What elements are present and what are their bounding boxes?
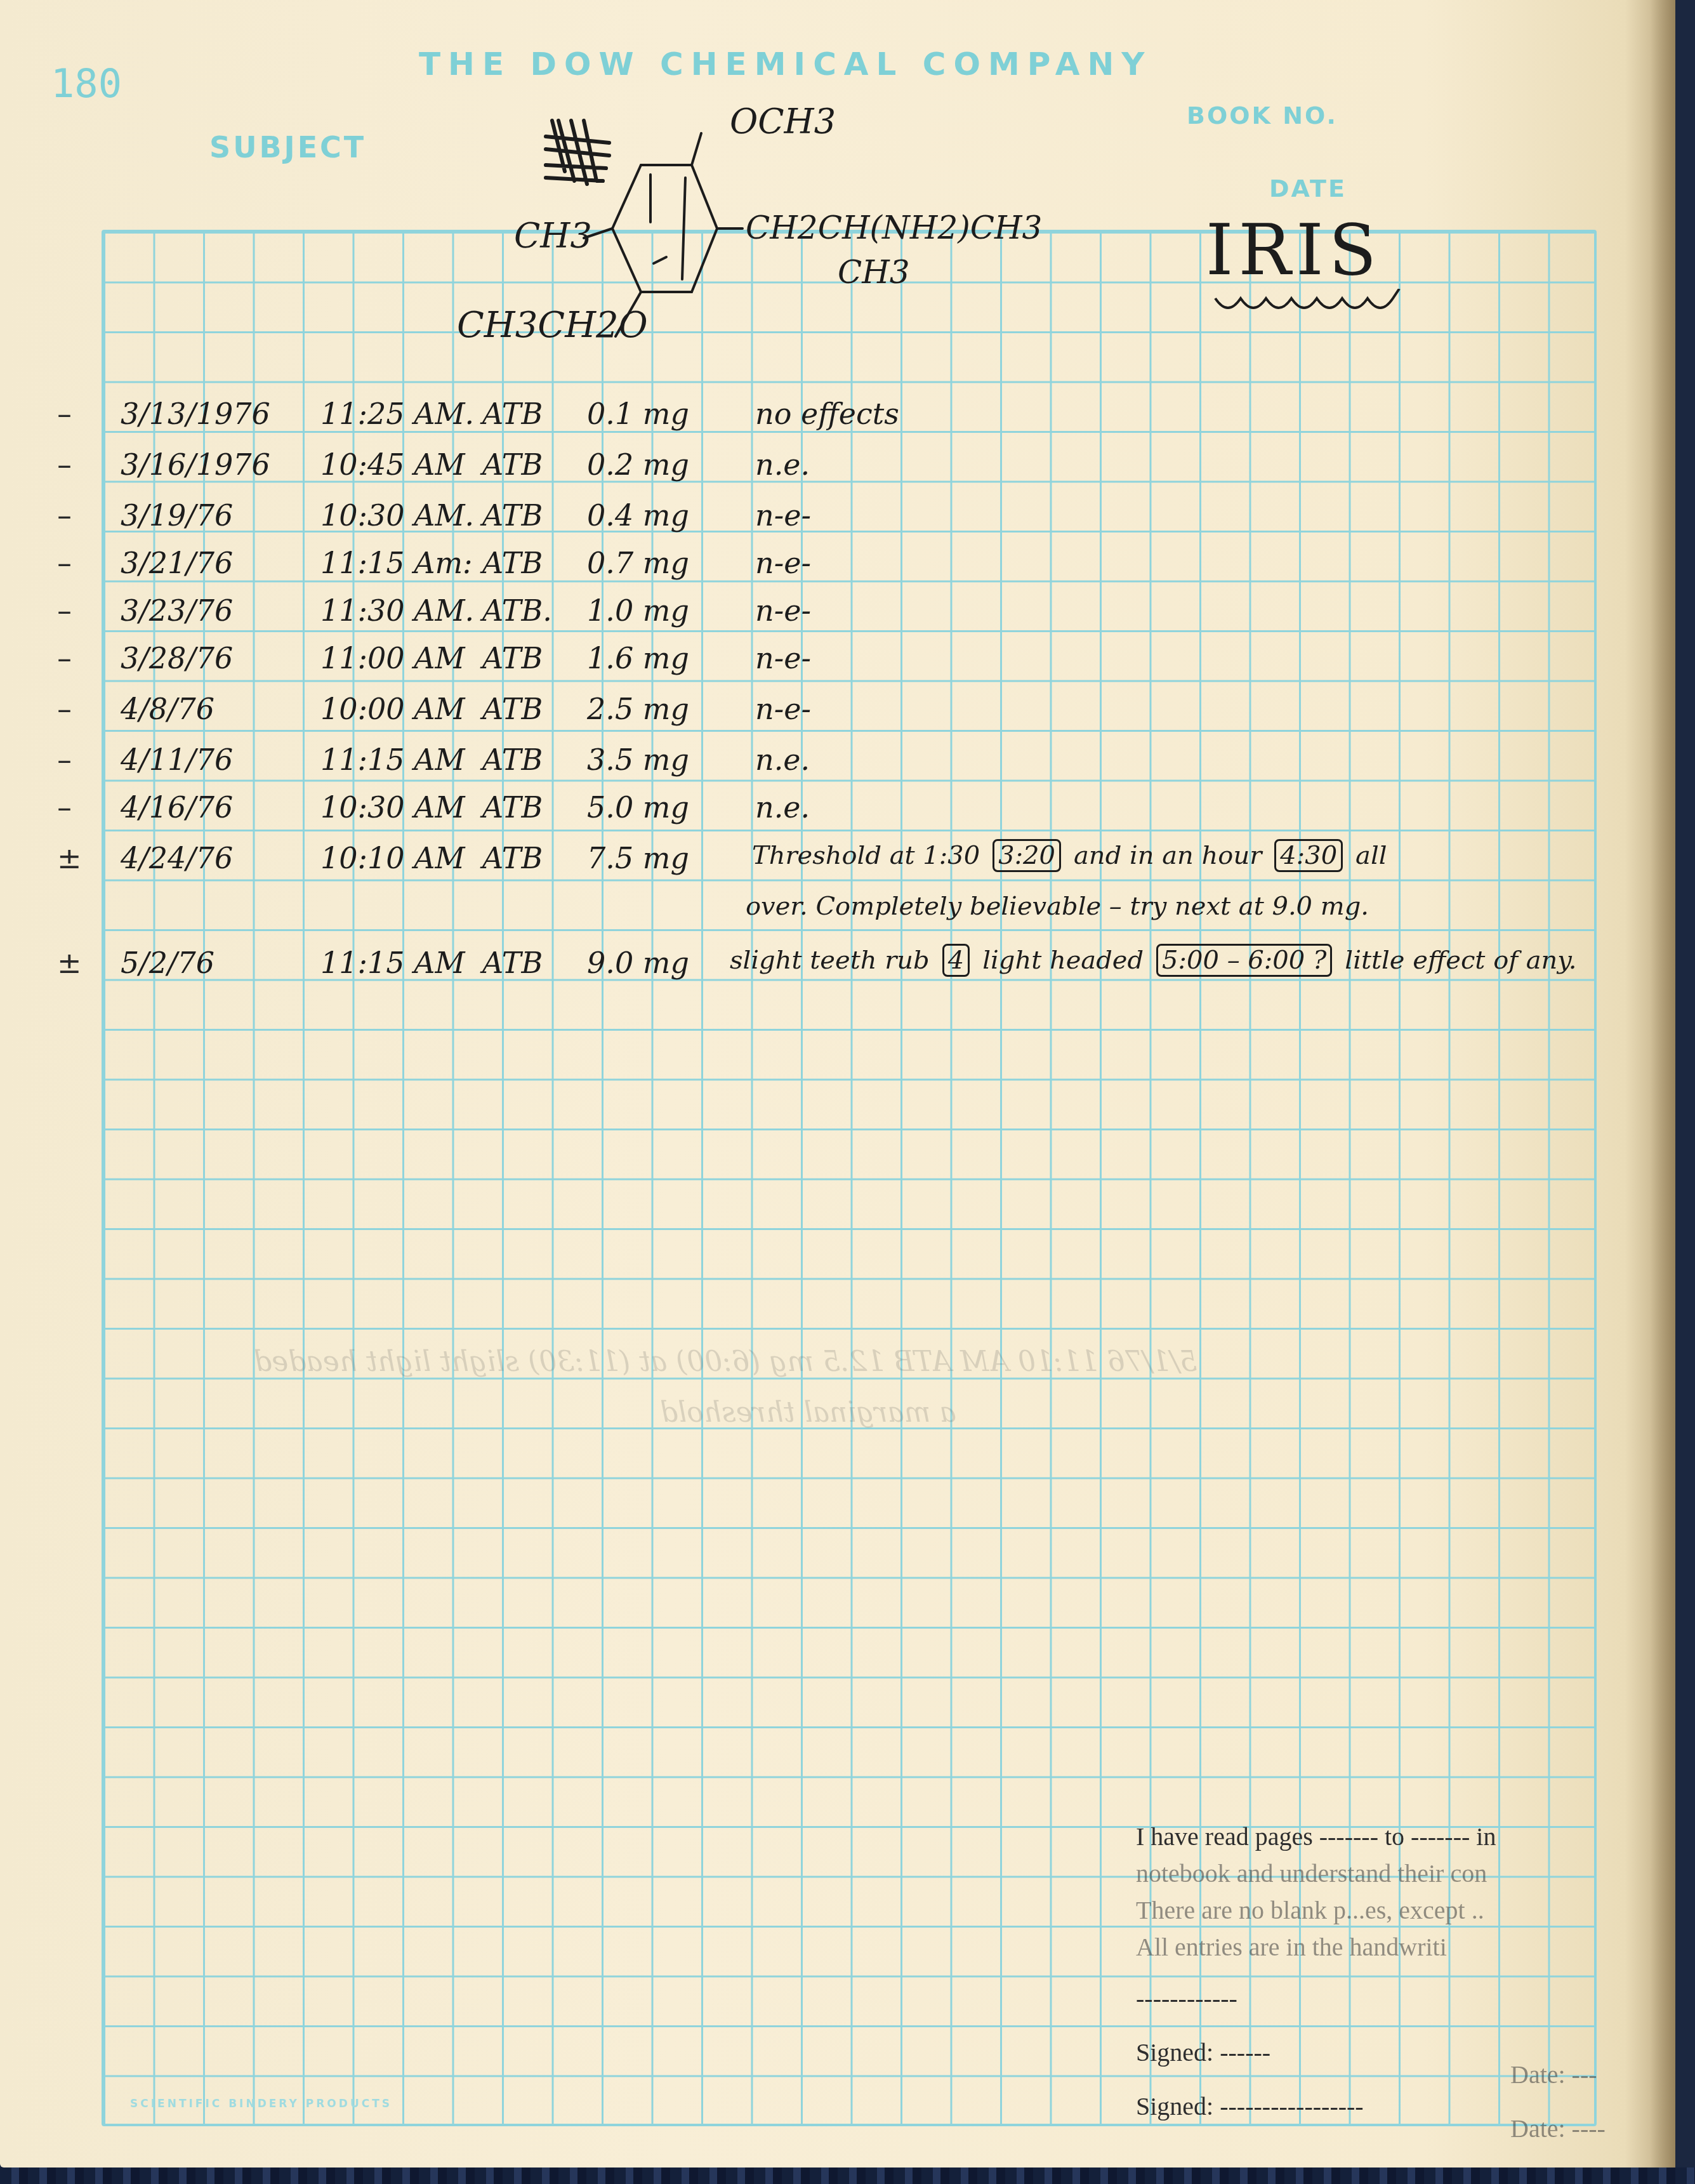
substituent-right-line2: CH3 [838, 254, 910, 291]
entry-effect: n.e. [755, 790, 810, 824]
entry-compound: ATB. [482, 593, 552, 628]
entry-date: 3/19/76 [121, 498, 233, 533]
code-name: IRIS [1206, 209, 1382, 291]
entry-time: 10:30 AM. [320, 498, 474, 533]
substituent-top: OCH3 [730, 102, 836, 142]
entry-effect: n-e- [755, 498, 811, 533]
entry-compound: ATB [482, 743, 543, 777]
entry-dose: 1.6 mg [587, 641, 689, 675]
entry-date: 3/28/76 [121, 641, 233, 675]
entry-time: 11:00 AM [320, 641, 465, 675]
entry-effect: n-e- [755, 593, 811, 628]
result-mark: – [57, 790, 72, 824]
book-number-label: BOOK NO. [1187, 102, 1338, 129]
entry-compound: ATB [482, 841, 543, 875]
signed-line-2: Signed: ----------------- [1136, 2091, 1364, 2121]
substituent-bottom: CH3CH2O [457, 305, 648, 346]
entry-effect: no effects [755, 397, 899, 431]
result-mark: – [57, 743, 72, 777]
boxed-time: 3:20 [993, 839, 1061, 872]
substituent-left: CH3 [514, 216, 592, 256]
squiggle-underline-icon [1212, 289, 1421, 321]
page-gutter-shadow [1650, 0, 1675, 2167]
entry-compound: ATB [482, 447, 543, 482]
notebook-page: 180 THE DOW CHEMICAL COMPANY SUBJECT BOO… [0, 0, 1675, 2167]
attestation-line3: There are no blank p...es, except .. [1136, 1895, 1484, 1925]
entry-dose: 0.1 mg [587, 397, 689, 431]
entry-date: 4/11/76 [121, 743, 233, 777]
entry-date: 3/13/1976 [121, 397, 270, 431]
entry-dose: 0.2 mg [587, 447, 689, 482]
entry-date: 3/23/76 [121, 593, 233, 628]
entry-dose: 5.0 mg [587, 790, 689, 824]
boxed-time: 5:00 – 6:00 ? [1156, 944, 1332, 977]
page-number: 180 [51, 60, 122, 107]
result-mark: ± [57, 841, 82, 875]
entry-effect: n.e. [755, 447, 810, 482]
company-name: THE DOW CHEMICAL COMPANY [419, 46, 1152, 83]
entry-time: 11:15 AM [320, 946, 465, 980]
effect-text: and in an hour [1074, 841, 1262, 870]
chemical-structure-sketch: OCH3 CH3 CH2CH(NH2)CH3 CH3 CH3CH2O [457, 102, 1155, 368]
attestation-line1: I have read pages ------- to ------- in [1136, 1822, 1496, 1851]
entry-effect: slight teeth rub4light headed5:00 – 6:00… [723, 946, 1583, 975]
entry-time: 11:15 Am: [320, 546, 473, 580]
date-line-1: Date: --- [1510, 2060, 1597, 2089]
substituent-right: CH2CH(NH2)CH3 [746, 209, 1042, 246]
subject-label: SUBJECT [209, 130, 366, 164]
entry-time: 10:30 AM [320, 790, 465, 824]
entry-compound: ATB [482, 397, 543, 431]
entry-dose: 0.4 mg [587, 498, 689, 533]
entry-time: 11:25 AM. [320, 397, 474, 431]
entry-compound: ATB [482, 790, 543, 824]
entry-dose: 0.7 mg [587, 546, 689, 580]
result-mark: – [57, 397, 72, 431]
notebook-binding-edge [0, 2167, 1695, 2184]
date-label: DATE [1269, 175, 1347, 202]
result-mark: – [57, 692, 72, 726]
effect-text: Threshold at 1:30 [752, 841, 980, 870]
entry-effect: n-e- [755, 692, 811, 726]
boxed-time: 4:30 [1274, 839, 1343, 872]
entry-dose: 9.0 mg [587, 946, 689, 980]
effect-text: light headed [982, 946, 1144, 975]
entry-date: 5/2/76 [121, 946, 214, 980]
entry-date: 4/8/76 [121, 692, 214, 726]
entry-time: 10:10 AM [320, 841, 465, 875]
entry-effect: n.e. [755, 743, 810, 777]
result-mark: – [57, 593, 72, 628]
entry-date: 3/21/76 [121, 546, 233, 580]
entry-compound: ATB [482, 692, 543, 726]
entry-date: 4/16/76 [121, 790, 233, 824]
entry-dose: 3.5 mg [587, 743, 689, 777]
result-mark: ± [57, 946, 82, 980]
entry-compound: ATB [482, 946, 543, 980]
entry-effect: Threshold at 1:303:20and in an hour4:30a… [746, 841, 1394, 870]
result-mark: – [57, 447, 72, 482]
entry-effect: n-e- [755, 641, 811, 675]
entry-dose: 1.0 mg [587, 593, 689, 628]
bleed-through-line1: 5/1/76 11:10 AM ATB 12.5 mg (6:00) at (1… [254, 1346, 1197, 1378]
entry-effect-line2: over. Completely believable – try next a… [746, 892, 1369, 921]
date-line-2: Date: ---- [1510, 2114, 1606, 2143]
effect-text: little effect of any. [1345, 946, 1576, 975]
bleed-through-line2: a marginal threshold [660, 1396, 956, 1429]
result-mark: – [57, 641, 72, 675]
attestation-line4: All entries are in the handwriti [1136, 1932, 1447, 1962]
entry-compound: ATB [482, 641, 543, 675]
entry-compound: ATB [482, 498, 543, 533]
boxed-time: 4 [942, 944, 970, 977]
result-mark: – [57, 498, 72, 533]
entry-dose: 2.5 mg [587, 692, 689, 726]
result-mark: – [57, 546, 72, 580]
bindery-imprint: SCIENTIFIC BINDERY PRODUCTS [130, 2098, 392, 2110]
entry-time: 11:15 AM [320, 743, 465, 777]
attestation-line5: ------------ [1136, 1983, 1237, 2013]
entry-time: 11:30 AM. [320, 593, 474, 628]
attestation-line2: notebook and understand their con [1136, 1858, 1487, 1888]
entry-time: 10:00 AM [320, 692, 465, 726]
entry-time: 10:45 AM [320, 447, 465, 482]
signed-line-1: Signed: ------ [1136, 2037, 1270, 2067]
entry-dose: 7.5 mg [587, 841, 689, 875]
entry-date: 3/16/1976 [121, 447, 270, 482]
effect-text: all [1355, 841, 1387, 870]
entry-compound: ATB [482, 546, 543, 580]
entry-effect: n-e- [755, 546, 811, 580]
entry-date: 4/24/76 [121, 841, 233, 875]
effect-text: slight teeth rub [730, 946, 930, 975]
